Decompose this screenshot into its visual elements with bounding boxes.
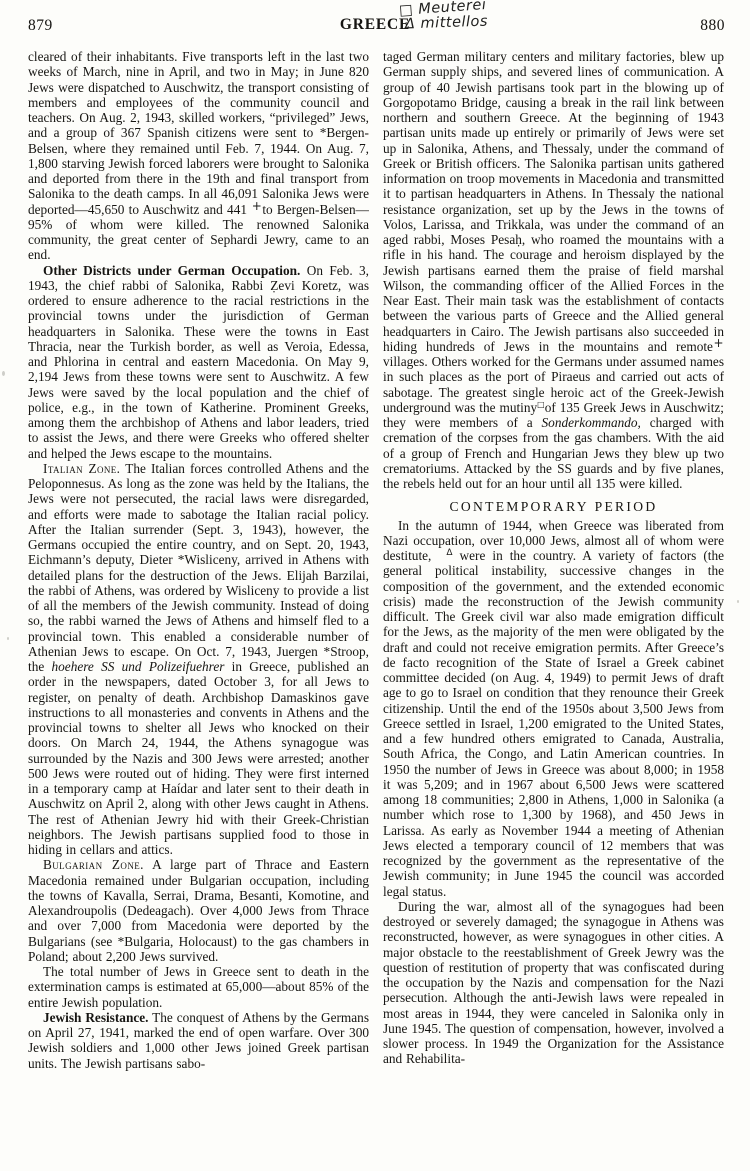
text-run: On Feb. 3, 1943, the chief rabbi of Salo…	[28, 263, 369, 461]
paragraph: Bulgarian Zone. A large part of Thrace a…	[28, 857, 369, 964]
italic-phrase: hoehere SS und Polizeifuehrer	[52, 659, 225, 674]
handwritten-annotation-mittellos: Δ mittellos	[405, 14, 488, 33]
book-page: 879 GREECE 880 □ Meuterei Δ mittellos cl…	[0, 0, 750, 1171]
page-title: GREECE	[0, 16, 750, 34]
text-run: taged German military centers and milita…	[383, 49, 724, 354]
paragraph: In the autumn of 1944, when Greece was l…	[383, 518, 724, 899]
paragraph: taged German military centers and milita…	[383, 49, 724, 491]
scan-speck	[737, 600, 739, 603]
text-run: The Italian forces controlled Athens and…	[28, 461, 369, 674]
paragraph: Italian Zone. The Italian forces control…	[28, 461, 369, 858]
run-in-heading: Other Districts under German Occupation.	[43, 263, 300, 278]
italic-phrase: Sonderkommando,	[542, 415, 641, 430]
run-in-heading: Jewish Resistance.	[43, 1010, 148, 1025]
left-column: cleared of their inhabitants. Five trans…	[28, 49, 369, 1127]
text-run: A large part of Thrace and Eastern Maced…	[28, 857, 369, 964]
paragraph: cleared of their inhabitants. Five trans…	[28, 49, 369, 263]
right-column: taged German military centers and milita…	[383, 49, 724, 1127]
text-run: in Greece, published an order in the new…	[28, 659, 369, 857]
paragraph: Other Districts under German Occupation.…	[28, 263, 369, 461]
scan-speck	[2, 371, 5, 376]
text-run: The total number of Jews in Greece sent …	[28, 964, 369, 1010]
text-run: During the war, almost all of the synago…	[383, 899, 724, 1067]
text-run: were in the country. A variety of factor…	[383, 548, 724, 899]
page-number-right: 880	[700, 17, 725, 35]
paragraph: During the war, almost all of the synago…	[383, 899, 724, 1067]
scan-speck	[7, 637, 9, 640]
section-heading: CONTEMPORARY PERIOD	[383, 499, 724, 514]
paragraph: The total number of Jews in Greece sent …	[28, 964, 369, 1010]
run-in-heading: Bulgarian Zone.	[43, 857, 144, 872]
text-run: cleared of their inhabitants. Five trans…	[28, 49, 369, 217]
paragraph: Jewish Resistance. The conquest of Athen…	[28, 1010, 369, 1071]
run-in-heading: Italian Zone.	[43, 461, 120, 476]
